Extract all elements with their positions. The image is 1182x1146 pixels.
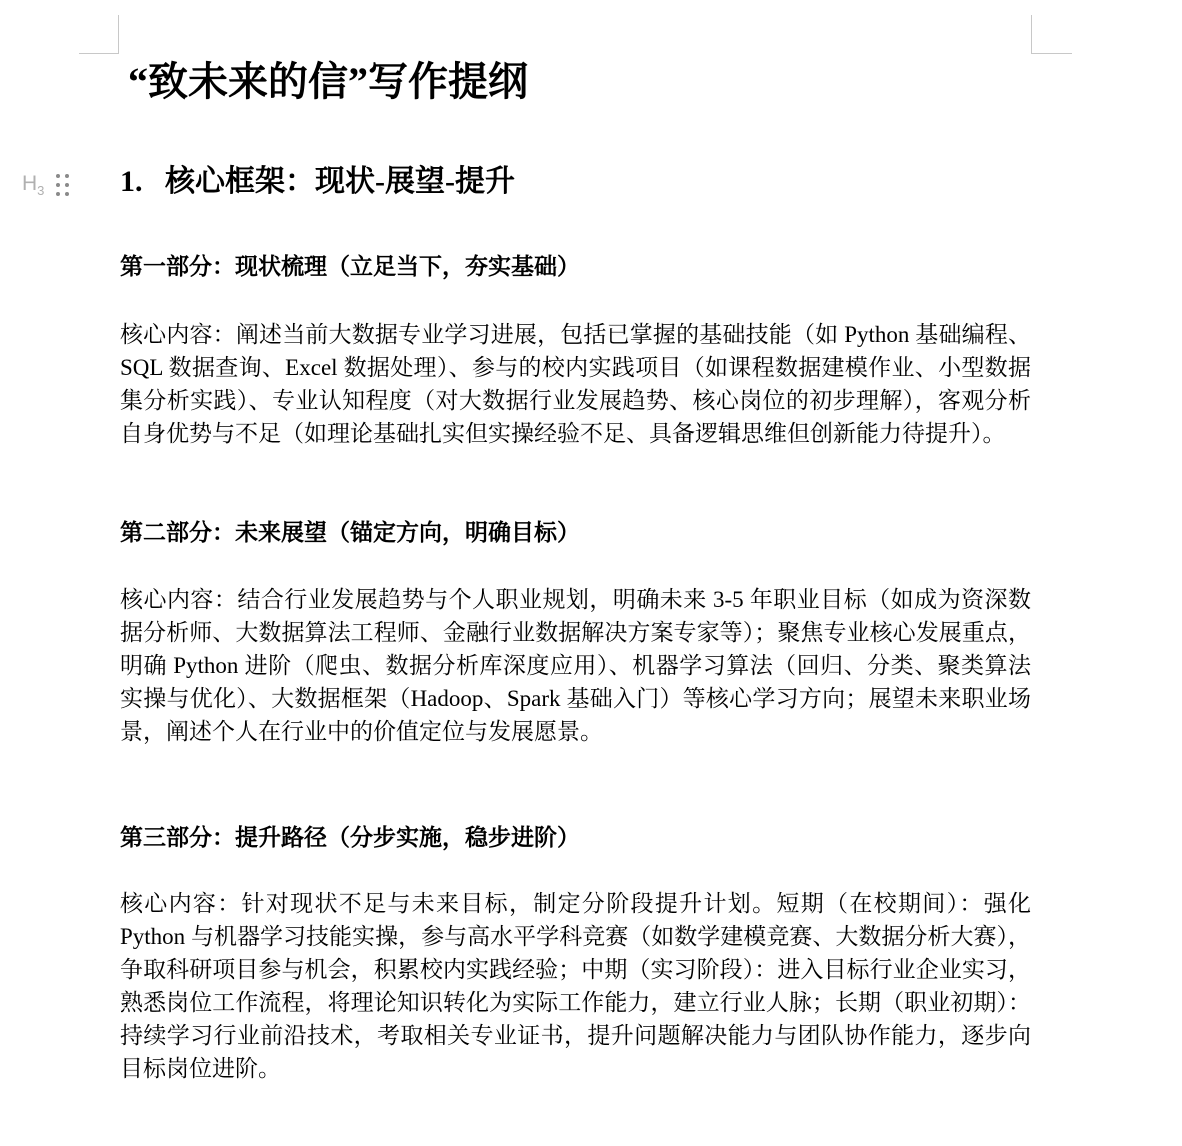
outline-heading-text: 核心框架：现状-展望-提升 <box>165 165 515 198</box>
heading-level-subscript: 3 <box>37 183 44 198</box>
heading-level-badge: H3 <box>22 172 44 196</box>
document-page: H3 “致未来的信”写作提纲 1.核心框架：现状-展望-提升 第一部分：现状梳理… <box>0 0 1182 1146</box>
drag-handle-dot <box>56 174 60 178</box>
outline-heading[interactable]: 1.核心框架：现状-展望-提升 <box>120 162 515 202</box>
drag-handle-dot <box>56 192 60 196</box>
drag-handle-dot <box>65 174 69 178</box>
section-body-3[interactable]: 核心内容：针对现状不足与未来目标，制定分阶段提升计划。短期（在校期间）：强化 P… <box>120 887 1031 1085</box>
section-body-2[interactable]: 核心内容：结合行业发展趋势与个人职业规划，明确未来 3-5 年职业目标（如成为资… <box>120 583 1031 748</box>
heading-level-letter: H <box>22 172 37 195</box>
section-body-1[interactable]: 核心内容：阐述当前大数据专业学习进展，包括已掌握的基础技能（如 Python 基… <box>120 318 1031 450</box>
drag-handle-dot <box>65 183 69 187</box>
drag-handle-icon[interactable] <box>56 174 69 196</box>
text-boundary-mark-top-left <box>79 15 119 54</box>
section-heading-2[interactable]: 第二部分：未来展望（锚定方向，明确目标） <box>120 516 1031 549</box>
section-heading-1[interactable]: 第一部分：现状梳理（立足当下，夯实基础） <box>120 250 1031 283</box>
document-title[interactable]: “致未来的信”写作提纲 <box>128 56 528 108</box>
drag-handle-dot <box>65 192 69 196</box>
outline-heading-number: 1. <box>120 162 165 202</box>
section-heading-3[interactable]: 第三部分：提升路径（分步实施，稳步进阶） <box>120 821 1031 854</box>
text-boundary-mark-top-right <box>1031 15 1072 54</box>
drag-handle-dot <box>56 183 60 187</box>
